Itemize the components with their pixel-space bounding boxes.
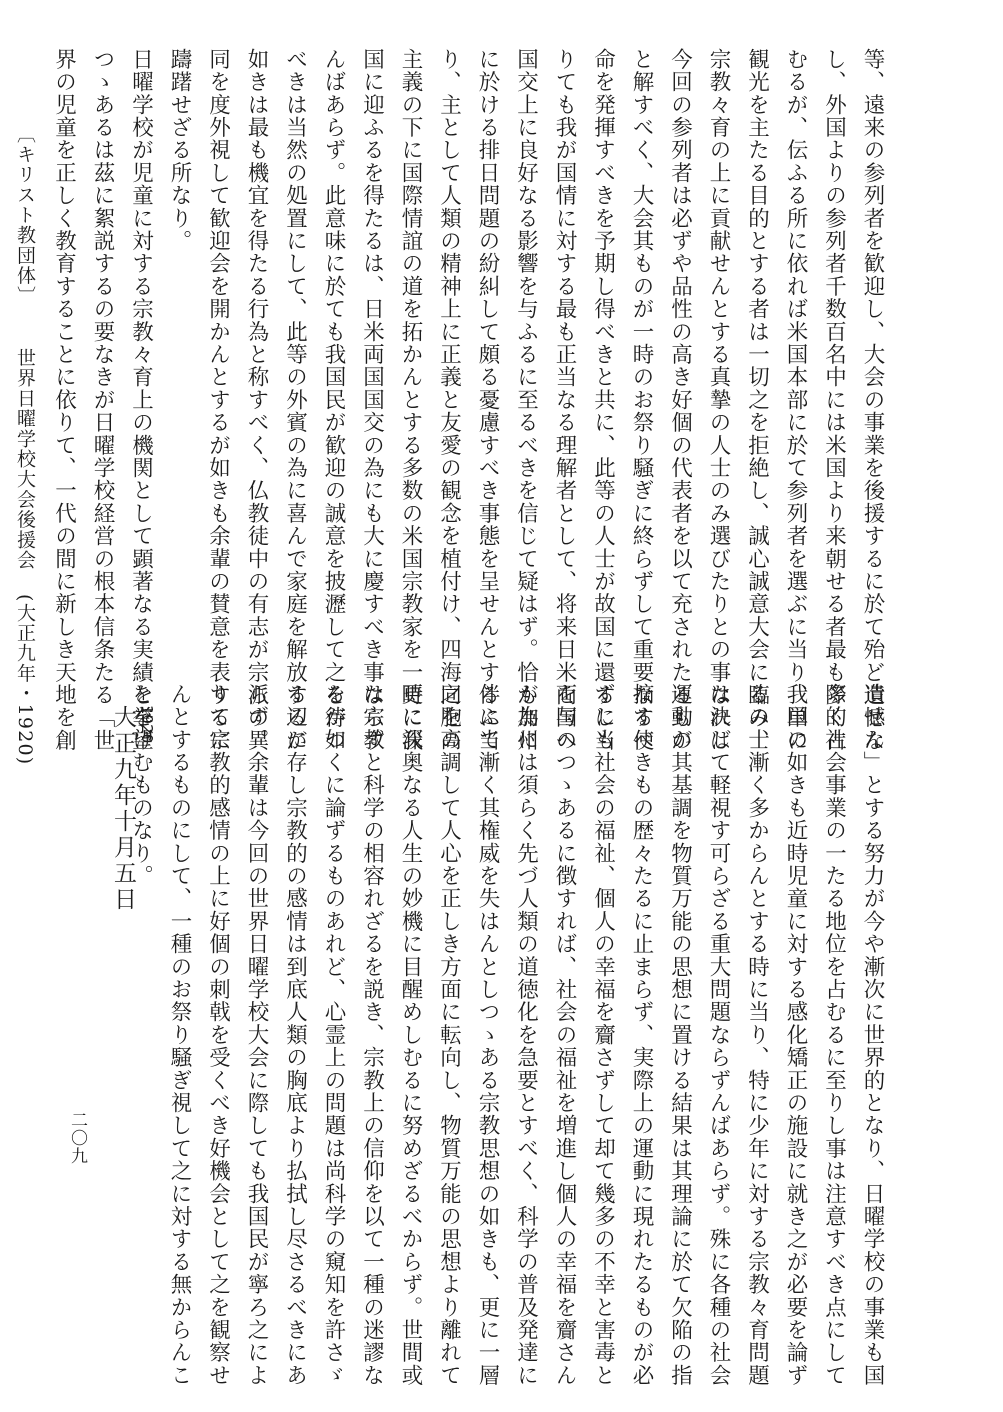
signature-column: 〔キリスト教団体〕世界日曜学校大会後援会(大正九年・1920) [6, 48, 45, 668]
text-column: むるが、伝ふる所に依れば米国本部に於て参列者を選ぶに当り、単に [776, 48, 815, 668]
text-column: 際的社会事業の一たる地位を占むるに至りし事は注意すべき点にして [814, 683, 853, 1323]
text-column: 躊躇せざる所なり。 [160, 48, 199, 668]
text-column: る辺に存し宗教的の感情は到底人類の胸底より払拭し尽さるべきにあ [275, 683, 314, 1323]
text-column: つゝあるは茲に絮説するの要なきが日曜学校経営の根本信条たる「世 [83, 48, 122, 668]
text-column: 同を度外視して歓迎会を開かんとするが如きも余輩の賛意を表するに [198, 48, 237, 668]
text-column: ずしも社会の福祉、個人の幸福を齎さずして却て幾多の不幸と害毒と [583, 683, 622, 1323]
signature-org: 〔キリスト教団体〕 [14, 48, 36, 306]
text-column: 宗教々育の上に貢献せんとする真摯の人士のみ選びたりとの事なれば [699, 48, 738, 668]
text-column: 国に迎ふるを得たるは、日米両国国交の為にも大に慶すべき事ならず [352, 48, 391, 668]
text-column: らず。余輩は今回の世界日曜学校大会に際しても我国民が寧ろ之によ [237, 683, 276, 1323]
text-column: りても我が国情に対する最も正当なる理解者として、将来日米両国の [545, 48, 584, 668]
text-column: 国交上に良好なる影響を与ふるに至るべきを信じて疑はず。恰も加州 [506, 48, 545, 668]
text-column: は宗教と科学の相容れざるを説き、宗教上の信仰を以て一種の迷謬な [352, 683, 391, 1323]
text-column: 日曜学校が児童に対する宗教々育上の機関として顕著なる実績を挙げ [121, 48, 160, 668]
text-column: 今回の参列者は必ずや品性の高き好個の代表者を以て充されたるもの [660, 48, 699, 668]
text-column: 界の児童を正しく教育することに依りて、一代の間に新しき天地を創 [44, 48, 83, 668]
text-column: んばあらず。此意味に於ても我国民が歓迎の誠意を披瀝して之を待つ [314, 48, 353, 668]
date-japanese: 大正九年十月五日 [108, 705, 138, 913]
date-western-year: 1920 [138, 705, 156, 743]
signature-era: (大正九年・1920) [14, 594, 36, 765]
bottom-text-block: 造せん」とする努力が今や漸次に世界的となり、日曜学校の事業も国 際的社会事業の一… [121, 683, 891, 1323]
text-column: 主義の下に国際情誼の道を拓かんとする多数の米国宗教家を一時に我 [391, 48, 430, 668]
signature-association: 世界日曜学校大会後援会 [14, 348, 36, 570]
text-column: し、外国よりの参列者千数百名中には米国より来朝せる者最も多く占 [814, 48, 853, 668]
text-column: 観光を主たる目的とする者は一切之を拒絶し、誠心誠意大会に臨み、 [737, 48, 776, 668]
text-column: 如きは最も機宜を得たる行為と称すべく、仏教徒中の有志が宗派の異 [237, 48, 276, 668]
text-column: 我国の如きも近時児童に対する感化矯正の施設に就き之が必要を論ず [776, 683, 815, 1323]
text-column: に於ける排日問題の紛糾して頗る憂慮すべき事態を呈せんとするに当 [468, 48, 507, 668]
text-column: りて宗教的感情の上に好個の刺戟を受くべき好機会として之を観察せ [198, 683, 237, 1323]
text-column: 更に深奥なる人生の妙機に目醒めしむるに努めざるべからず。世間或 [391, 683, 430, 1323]
text-column: 摘すべきもの歴々たるに止まらず、実際上の運動に現れたるものが必 [622, 683, 661, 1323]
text-column: るの士漸く多からんとする時に当り、特に少年に対する宗教々育問題 [737, 683, 776, 1323]
text-column: り、主として人類の精神上に正義と友愛の観念を植付け、四海同胞の [429, 48, 468, 668]
text-column: 等、遠来の参列者を歓迎し、大会の事業を後援するに於て殆ど遺憾な [853, 48, 892, 668]
text-column: 之を高調して人心を正しき方面に転向し、物質万能の思想より離れて [429, 683, 468, 1323]
text-column: べきは当然の処置にして、此等の外賓の為に喜んで家庭を解放するが [275, 48, 314, 668]
text-column: が為には須らく先づ人類の道徳化を急要とすべく、科学の普及発達に [506, 683, 545, 1323]
text-column: と解すべく、大会其ものが一時のお祭り騒ぎに終らずして重要なる使 [622, 48, 661, 668]
text-column: は決して軽視す可らざる重大問題ならずんばあらず。殊に各種の社会 [699, 683, 738, 1323]
top-text-block: 等、遠来の参列者を歓迎し、大会の事業を後援するに於て殆ど遺憾な し、外国よりの参… [6, 48, 892, 668]
text-column: 命を発揮すべきを予期し得べきと共に、此等の人士が故国に還るに当 [583, 48, 622, 668]
text-column: を与へつゝあるに徴すれば、社会の福祉を増進し個人の幸福を齎さん [545, 683, 584, 1323]
text-column: 伴ふて漸く其権威を失はんとしつゝある宗教思想の如きも、更に一層 [468, 683, 507, 1323]
text-column: 造せん」とする努力が今や漸次に世界的となり、日曜学校の事業も国 [853, 683, 892, 1323]
text-column: んとするものにして、一種のお祭り騒ぎ視して之に対する無からんこ [160, 683, 199, 1323]
text-column: るが如くに論ずるものあれど、心霊上の問題は尚科学の窺知を許さゞ [314, 683, 353, 1323]
text-column: 運動が其基調を物質万能の思想に置ける結果は其理論に於て欠陥の指 [660, 683, 699, 1323]
page-number: 二〇九 [65, 1111, 90, 1165]
